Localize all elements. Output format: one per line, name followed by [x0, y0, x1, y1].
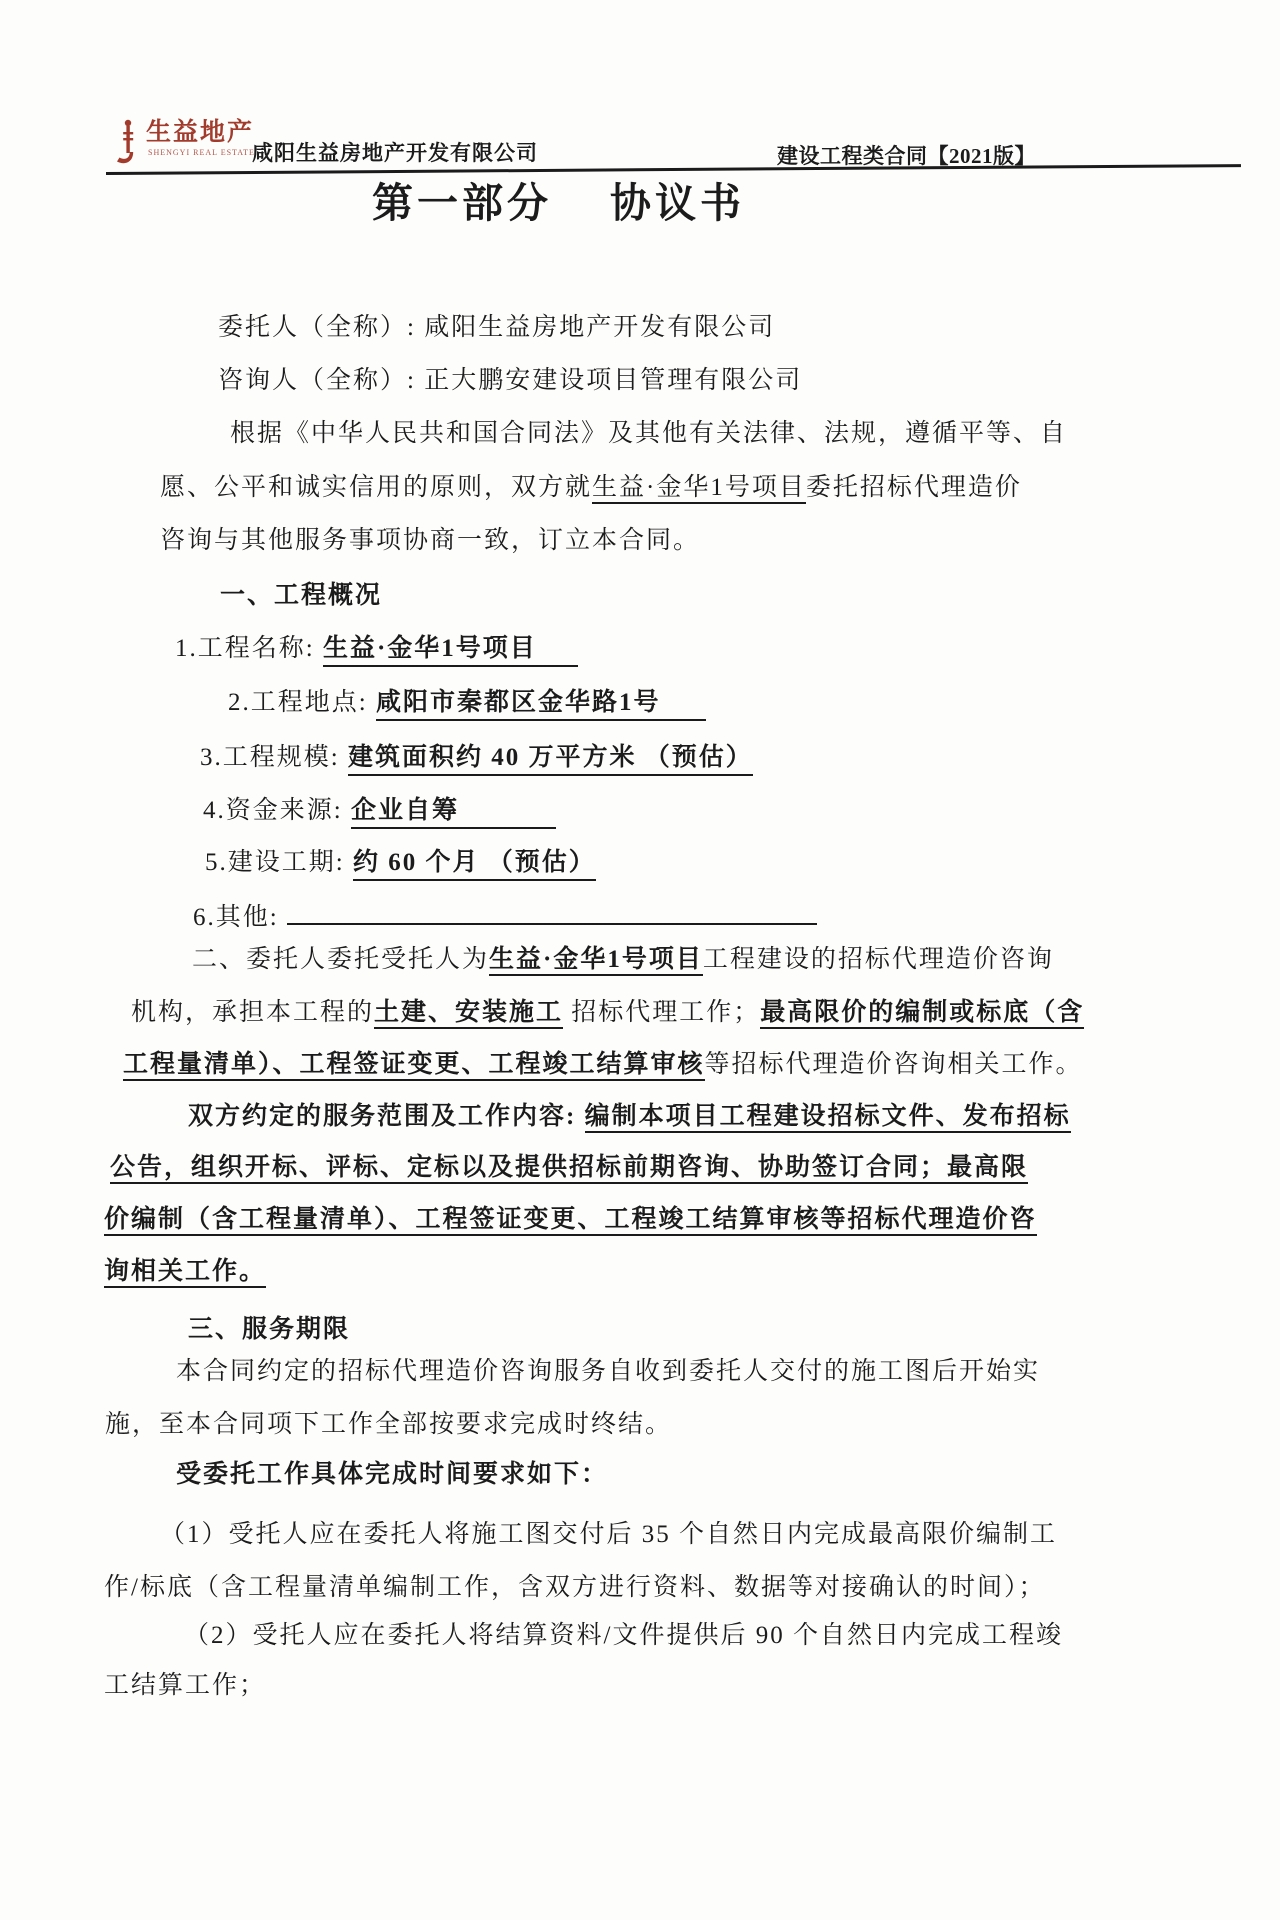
text-segment: 作/标底（含工程量清单编制工作，含双方进行资料、数据等对接确认的时间）； — [104, 1574, 1045, 1601]
text-segment: 2.工程地点: — [228, 689, 376, 716]
text-line: 机构，承担本工程的土建、安装施工 招标代理工作；最高限价的编制或标底（含 — [131, 998, 1084, 1028]
text-segment: 受委托工作具体完成时间要求如下： — [176, 1461, 608, 1488]
text-line: （2）受托人应在委托人将结算资料/文件提供后 90 个自然日内完成工程竣 — [184, 1621, 1063, 1651]
text-segment: 5.建设工期: — [205, 849, 353, 876]
contract-page: 生益地产 SHENGYI REAL ESTATE 咸阳生益房地产开发有限公司 建… — [0, 0, 1280, 1920]
underlined-text-segment: 询相关工作。 — [104, 1258, 266, 1288]
text-segment: 咨询与其他服务事项协商一致，订立本合同。 — [160, 527, 700, 554]
section-title-name: 协议书 — [610, 180, 745, 226]
underlined-text-segment: 生益·金华1号项目 — [323, 634, 578, 667]
text-line: 2.工程地点: 咸阳市秦都区金华路1号 — [228, 688, 706, 721]
text-segment: 委托人（全称）: 咸阳生益房地产开发有限公司 — [218, 314, 775, 341]
header-rule — [106, 164, 1241, 175]
document-type-label: 建设工程类合同【2021版】 — [777, 145, 1036, 168]
text-segment: 招标代理工作； — [563, 999, 760, 1026]
text-segment: 一、工程概况 — [220, 582, 382, 609]
text-line: 根据《中华人民共和国合同法》及其他有关法律、法规，遵循平等、自 — [230, 419, 1067, 449]
underlined-text-segment: 咸阳市秦都区金华路1号 — [376, 688, 706, 721]
logo-text-en: SHENGYI REAL ESTATE — [148, 149, 255, 157]
text-segment: 愿、公平和诚实信用的原则，双方就 — [160, 474, 592, 501]
text-segment: 6.其他: — [193, 904, 287, 931]
text-segment: （1）受托人应在委托人将施工图交付后 35 个自然日内完成最高限价编制工 — [160, 1521, 1057, 1548]
text-line: 4.资金来源: 企业自筹 — [203, 796, 556, 829]
text-line: 一、工程概况 — [220, 581, 382, 611]
text-line: 愿、公平和诚实信用的原则，双方就生益·金华1号项目委托招标代理造价 — [160, 473, 1022, 503]
underlined-text-segment — [287, 922, 817, 925]
underlined-text-segment: 生益·金华1号项目 — [489, 946, 703, 976]
text-segment: 机构，承担本工程的 — [131, 999, 374, 1026]
text-segment: （2）受托人应在委托人将结算资料/文件提供后 90 个自然日内完成工程竣 — [184, 1622, 1063, 1649]
underlined-text-segment: 价编制（含工程量清单）、工程签证变更、工程竣工结算审核等招标代理造价咨 — [104, 1206, 1037, 1236]
text-line: 委托人（全称）: 咸阳生益房地产开发有限公司 — [218, 313, 775, 343]
text-segment: 双方约定的服务范围及工作内容: — [188, 1103, 585, 1130]
text-line: 工结算工作； — [104, 1671, 266, 1701]
text-line: 价编制（含工程量清单）、工程签证变更、工程竣工结算审核等招标代理造价咨 — [104, 1205, 1037, 1235]
underlined-text-segment: 约 60 个月 （预估） — [353, 848, 596, 881]
text-line: 作/标底（含工程量清单编制工作，含双方进行资料、数据等对接确认的时间）； — [104, 1573, 1045, 1603]
text-segment: 委托招标代理造价 — [806, 474, 1022, 501]
underlined-text-segment: 企业自筹 — [351, 796, 556, 829]
underlined-text-segment: 建筑面积约 40 万平方米 （预估） — [348, 743, 753, 776]
text-line: 询相关工作。 — [104, 1257, 266, 1287]
underlined-text-segment: 工程量清单）、工程签证变更、工程竣工结算审核 — [123, 1051, 705, 1081]
section-title-part: 第一部分 — [372, 180, 552, 226]
text-segment: 本合同约定的招标代理造价咨询服务自收到委托人交付的施工图后开始实 — [176, 1358, 1040, 1385]
text-line: 二、委托人委托受托人为生益·金华1号项目工程建设的招标代理造价咨询 — [192, 945, 1054, 975]
text-line: 本合同约定的招标代理造价咨询服务自收到委托人交付的施工图后开始实 — [176, 1357, 1040, 1387]
company-logo-icon — [115, 118, 142, 169]
text-segment: 二、委托人委托受托人为 — [192, 946, 489, 973]
text-line: 三、服务期限 — [188, 1315, 350, 1345]
text-segment: 根据《中华人民共和国合同法》及其他有关法律、法规，遵循平等、自 — [230, 420, 1067, 447]
text-line: 双方约定的服务范围及工作内容: 编制本项目工程建设招标文件、发布招标 — [188, 1102, 1071, 1132]
text-segment: 1.工程名称: — [175, 635, 323, 662]
text-line: 公告，组织开标、评标、定标以及提供招标前期咨询、协助签订合同；最高限 — [110, 1153, 1028, 1183]
text-line: 咨询与其他服务事项协商一致，订立本合同。 — [160, 526, 700, 556]
text-segment: 咨询人（全称）: 正大鹏安建设项目管理有限公司 — [218, 367, 802, 394]
underlined-text-segment: 土建、安装施工 — [374, 999, 563, 1029]
text-line: 工程量清单）、工程签证变更、工程竣工结算审核等招标代理造价咨询相关工作。 — [123, 1050, 1083, 1080]
text-segment: 等招标代理造价咨询相关工作。 — [705, 1051, 1083, 1078]
text-segment: 3.工程规模: — [200, 744, 348, 771]
text-segment: 工程建设的招标代理造价咨询 — [703, 946, 1054, 973]
text-line: 5.建设工期: 约 60 个月 （预估） — [205, 848, 596, 881]
text-line: 受委托工作具体完成时间要求如下： — [176, 1460, 608, 1490]
text-line: 1.工程名称: 生益·金华1号项目 — [175, 634, 578, 667]
underlined-text-segment: 生益·金华1号项目 — [592, 474, 806, 504]
text-line: （1）受托人应在委托人将施工图交付后 35 个自然日内完成最高限价编制工 — [160, 1520, 1057, 1550]
text-line: 咨询人（全称）: 正大鹏安建设项目管理有限公司 — [218, 366, 802, 396]
logo-text-cn: 生益地产 — [146, 120, 254, 145]
text-segment: 4.资金来源: — [203, 797, 351, 824]
section-title: 第一部分协议书 — [372, 183, 745, 224]
underlined-text-segment: 编制本项目工程建设招标文件、发布招标 — [585, 1103, 1071, 1133]
company-name: 咸阳生益房地产开发有限公司 — [252, 142, 538, 165]
text-line: 6.其他: — [193, 903, 817, 933]
text-segment: 工结算工作； — [104, 1672, 266, 1699]
text-line: 施，至本合同项下工作全部按要求完成时终结。 — [105, 1410, 672, 1440]
text-line: 3.工程规模: 建筑面积约 40 万平方米 （预估） — [200, 743, 753, 776]
underlined-text-segment: 最高限价的编制或标底（含 — [760, 999, 1084, 1029]
underlined-text-segment: 公告，组织开标、评标、定标以及提供招标前期咨询、协助签订合同；最高限 — [110, 1154, 1028, 1184]
text-segment: 三、服务期限 — [188, 1316, 350, 1343]
text-segment: 施，至本合同项下工作全部按要求完成时终结。 — [105, 1411, 672, 1438]
